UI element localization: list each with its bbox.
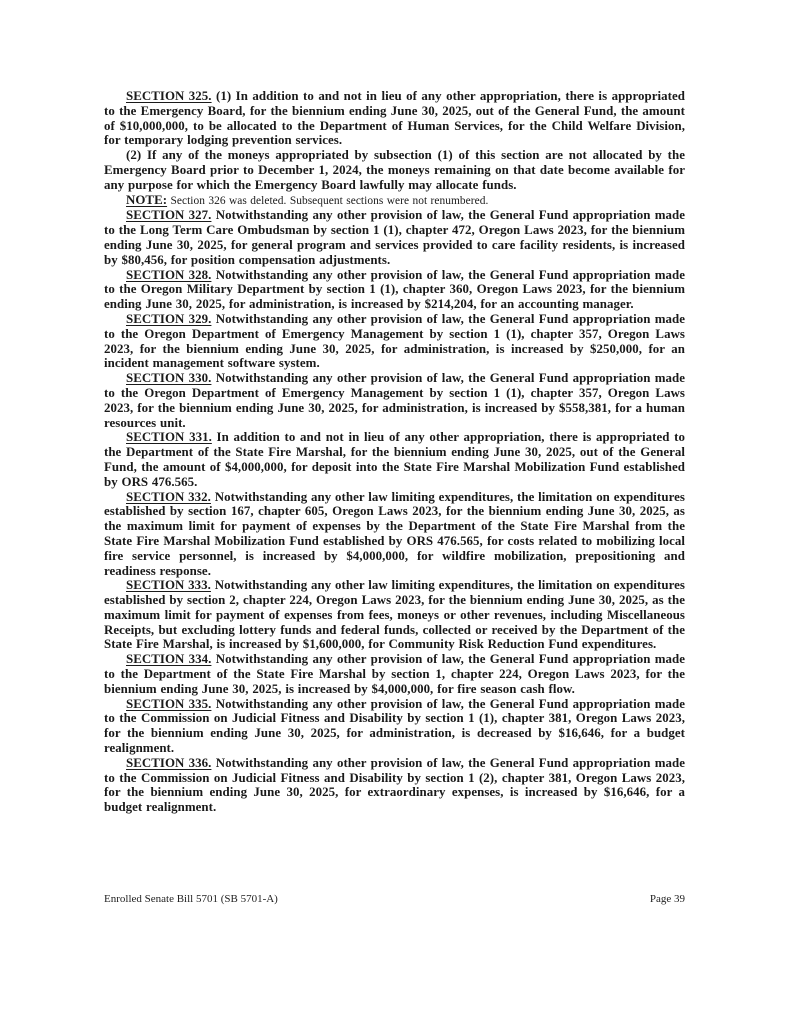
section-heading: SECTION 330. xyxy=(126,371,211,385)
document-body: SECTION 325. (1) In addition to and not … xyxy=(104,89,685,815)
section-heading: SECTION 333. xyxy=(126,578,211,592)
section-327-paragraph: SECTION 327. Notwithstanding any other p… xyxy=(104,208,685,267)
section-325-subsection-2: (2) If any of the moneys appropriated by… xyxy=(104,148,685,192)
section-heading: SECTION 332. xyxy=(126,490,211,504)
section-heading: SECTION 325. xyxy=(126,89,212,103)
section-332-paragraph: SECTION 332. Notwithstanding any other l… xyxy=(104,490,685,579)
section-heading: SECTION 334. xyxy=(126,652,211,666)
note-text: Section 326 was deleted. Subsequent sect… xyxy=(167,195,488,207)
section-330-paragraph: SECTION 330. Notwithstanding any other p… xyxy=(104,371,685,430)
note-label: NOTE: xyxy=(126,193,167,207)
page-number: Page 39 xyxy=(650,893,685,905)
section-heading: SECTION 329. xyxy=(126,312,211,326)
section-331-paragraph: SECTION 331. In addition to and not in l… xyxy=(104,430,685,489)
section-333-paragraph: SECTION 333. Notwithstanding any other l… xyxy=(104,578,685,652)
section-text: (2) If any of the moneys appropriated by… xyxy=(104,148,685,192)
bill-label: Enrolled Senate Bill 5701 (SB 5701-A) xyxy=(104,893,278,905)
section-heading: SECTION 328. xyxy=(126,268,211,282)
section-329-paragraph: SECTION 329. Notwithstanding any other p… xyxy=(104,312,685,371)
section-336-paragraph: SECTION 336. Notwithstanding any other p… xyxy=(104,756,685,815)
section-334-paragraph: SECTION 334. Notwithstanding any other p… xyxy=(104,652,685,696)
note-paragraph: NOTE: Section 326 was deleted. Subsequen… xyxy=(104,193,685,209)
section-heading: SECTION 327. xyxy=(126,208,211,222)
page-footer: Enrolled Senate Bill 5701 (SB 5701-A) Pa… xyxy=(104,893,685,905)
section-heading: SECTION 336. xyxy=(126,756,211,770)
section-heading: SECTION 331. xyxy=(126,430,212,444)
section-heading: SECTION 335. xyxy=(126,697,211,711)
section-335-paragraph: SECTION 335. Notwithstanding any other p… xyxy=(104,697,685,756)
section-325-paragraph: SECTION 325. (1) In addition to and not … xyxy=(104,89,685,148)
section-328-paragraph: SECTION 328. Notwithstanding any other p… xyxy=(104,268,685,312)
